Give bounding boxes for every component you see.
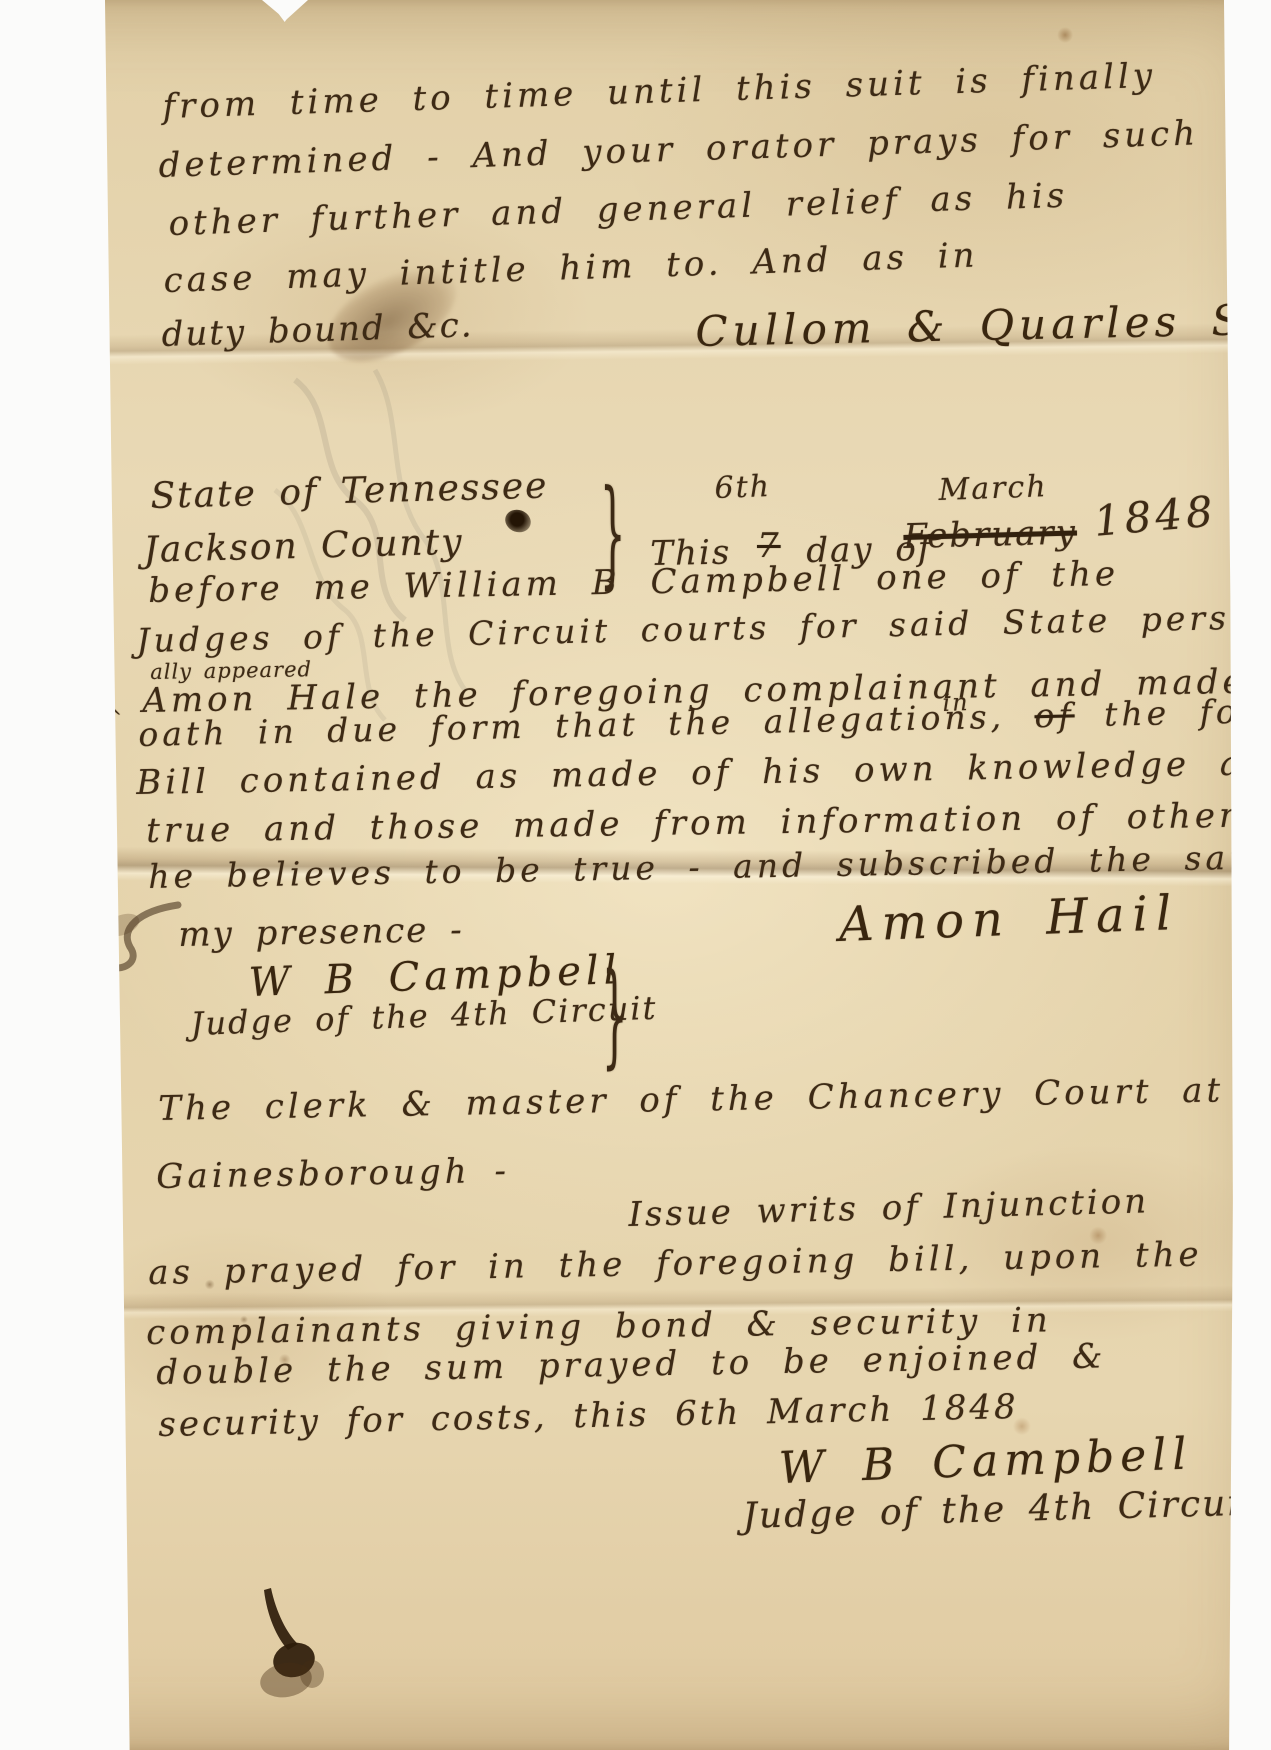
pen-flourish xyxy=(100,895,200,980)
oath-struck-word: of xyxy=(1034,695,1075,735)
fiat-costs-line: security for costs, this 6th March 1848 xyxy=(158,1388,1019,1445)
insertion-caret: ^ xyxy=(104,706,124,731)
closing-line: from time to time until this suit is fin… xyxy=(162,57,1157,127)
ink-blot xyxy=(238,1578,358,1708)
date-inserted-day: 6th xyxy=(714,470,772,506)
fiat-prayed-line: as prayed for in the foregoing bill, upo… xyxy=(148,1236,1203,1293)
date-year: 1848 xyxy=(1092,487,1219,546)
jurat-brace-2: } xyxy=(602,952,629,1081)
margin-mark xyxy=(96,645,110,653)
jurat-line-bill: Bill contained as made of his own knowle… xyxy=(136,744,1271,803)
oath-inserted-word: in xyxy=(942,689,970,718)
closing-line: determined - And your orator prays for s… xyxy=(158,114,1200,186)
deponent-signature: Amon Hail xyxy=(838,886,1180,953)
fiat-issue-line: Issue writs of Injunction xyxy=(628,1182,1150,1235)
fiat-place-line: Gainesborough - xyxy=(156,1152,510,1197)
fiat-address-line: The clerk & master of the Chancery Court… xyxy=(158,1071,1225,1129)
closing-line: case may intitle him to. And as in xyxy=(163,236,979,301)
jurat-county-line: Jackson County xyxy=(143,522,464,572)
closing-line: other further and general relief as his xyxy=(168,177,1069,244)
manuscript-page: from time to time until this suit is fin… xyxy=(0,0,1271,1750)
date-struck-month: February xyxy=(903,513,1077,557)
scanned-document: from time to time until this suit is fin… xyxy=(0,0,1271,1750)
jurat-line-presence: my presence - xyxy=(178,911,464,955)
date-inserted-month: March xyxy=(938,470,1048,508)
oath-text: the foregoing xyxy=(1104,689,1271,734)
